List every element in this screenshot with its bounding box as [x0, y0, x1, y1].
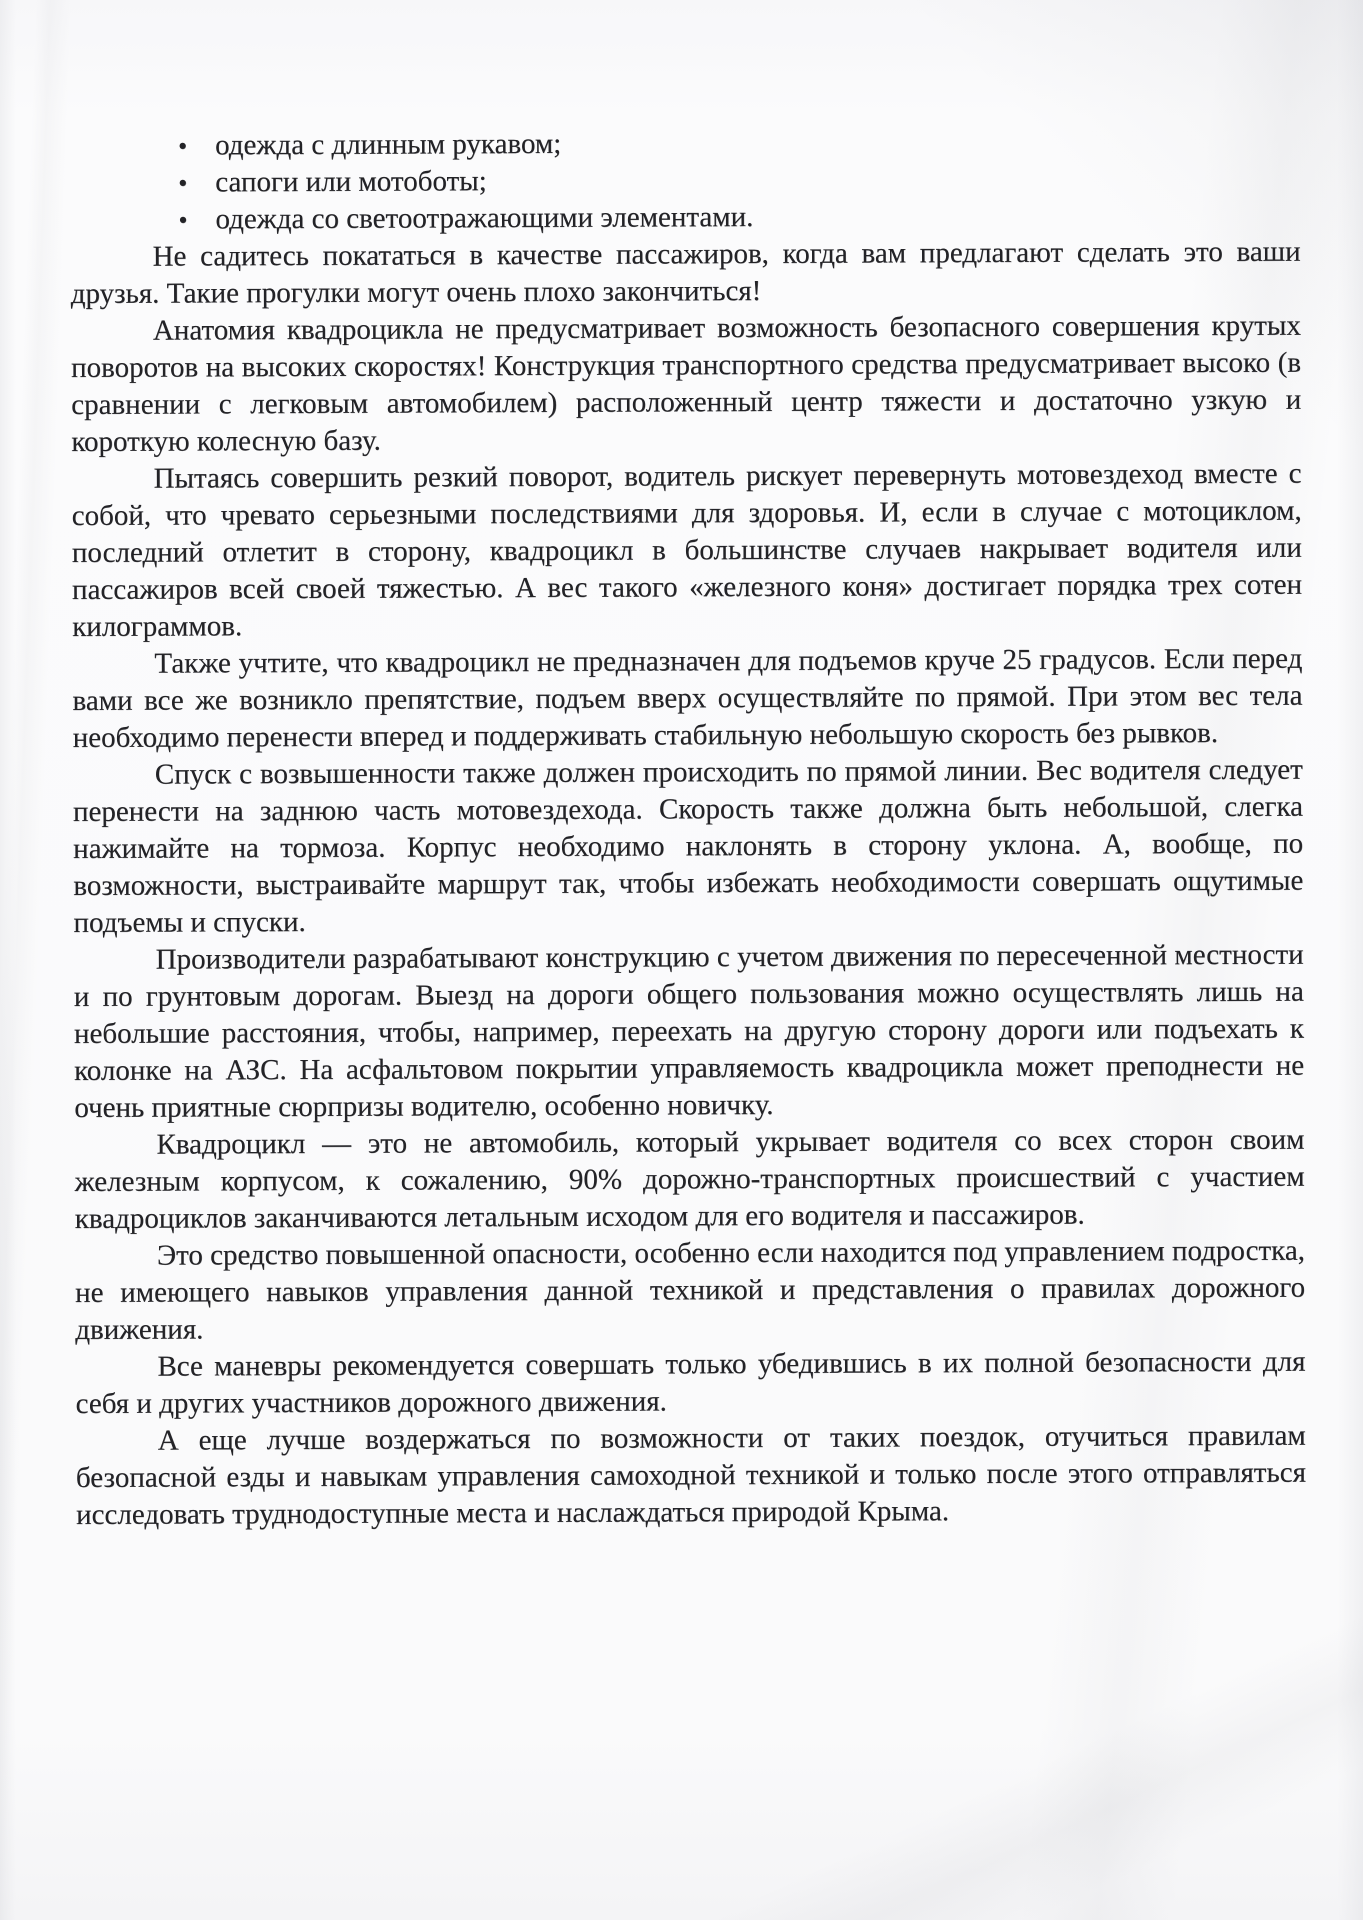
list-item-text: сапоги или мотоботы;	[215, 165, 487, 198]
bullet-icon: •	[178, 164, 187, 201]
scanned-document-page: • одежда с длинным рукавом; • сапоги или…	[0, 0, 1363, 1920]
paragraph: Также учтите, что квадроцикл не предназн…	[72, 641, 1302, 757]
paragraph: Анатомия квадроцикла не предусматривает …	[71, 308, 1302, 461]
bullet-list: • одежда с длинным рукавом; • сапоги или…	[70, 123, 1300, 239]
bullet-icon: •	[178, 127, 187, 164]
list-item-text: одежда со светоотражающими элементами.	[215, 201, 753, 235]
paragraph: Пытаясь совершить резкий поворот, водите…	[71, 456, 1302, 646]
paragraph: Спуск с возвышенности также должен проис…	[73, 752, 1304, 942]
paragraph: Это средство повышенной опасности, особе…	[75, 1233, 1305, 1349]
bullet-icon: •	[178, 201, 187, 238]
paragraph: Квадроцикл — это не автомобиль, который …	[74, 1122, 1304, 1238]
document-text: • одежда с длинным рукавом; • сапоги или…	[70, 123, 1306, 1534]
paragraph: А еще лучше воздержаться по возможности …	[76, 1418, 1306, 1534]
list-item: • сапоги или мотоботы;	[70, 160, 1300, 202]
paragraph: Не садитесь покататься в качестве пассаж…	[70, 234, 1300, 313]
list-item-text: одежда с длинным рукавом;	[215, 128, 561, 162]
list-item: • одежда со светоотражающими элементами.	[70, 197, 1300, 239]
paragraph: Производители разрабатывают конструкцию …	[74, 937, 1305, 1127]
list-item: • одежда с длинным рукавом;	[70, 123, 1300, 165]
paragraph: Все маневры рекомендуется совершать толь…	[75, 1344, 1305, 1423]
